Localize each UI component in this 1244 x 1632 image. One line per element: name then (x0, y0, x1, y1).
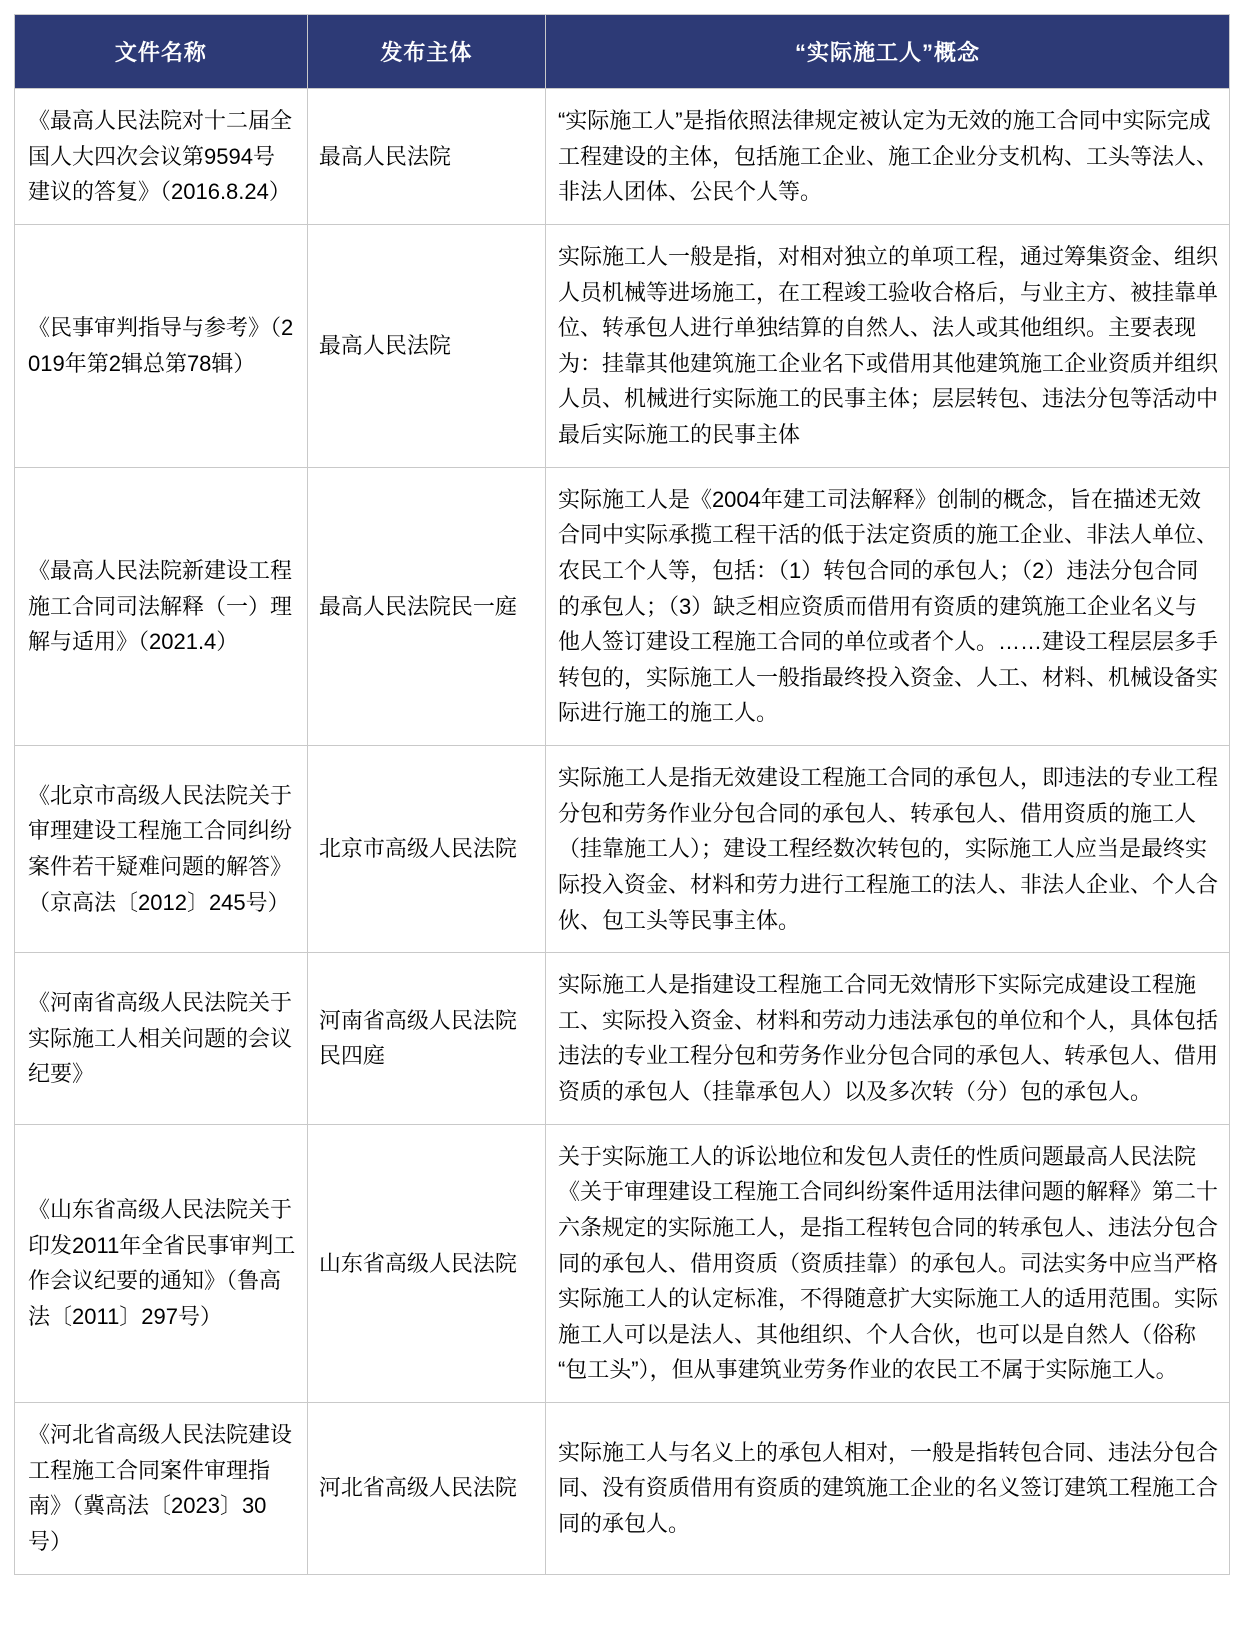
table-row: 《山东省高级人民法院关于印发2011年全省民事审判工作会议纪要的通知》（鲁高法〔… (15, 1124, 1230, 1402)
concepts-table: 文件名称 发布主体 “实际施工人”概念 《最高人民法院对十二届全国人大四次会议第… (14, 14, 1230, 1575)
column-header-document-name: 文件名称 (15, 15, 308, 89)
table-row: 《北京市高级人民法院关于审理建设工程施工合同纠纷案件若干疑难问题的解答》（京高法… (15, 746, 1230, 953)
concept-cell: “实际施工人”是指依照法律规定被认定为无效的施工合同中实际完成工程建设的主体，包… (545, 89, 1229, 225)
document-name-cell: 《最高人民法院对十二届全国人大四次会议第9594号建议的答复》（2016.8.2… (15, 89, 308, 225)
concept-cell: 实际施工人与名义上的承包人相对，一般是指转包合同、违法分包合同、没有资质借用有资… (545, 1403, 1229, 1575)
document-name-cell: 《河北省高级人民法院建设工程施工合同案件审理指南》（冀高法〔2023〕30号） (15, 1403, 308, 1575)
document-name-cell: 《北京市高级人民法院关于审理建设工程施工合同纠纷案件若干疑难问题的解答》（京高法… (15, 746, 308, 953)
header-row: 文件名称 发布主体 “实际施工人”概念 (15, 15, 1230, 89)
issuer-cell: 最高人民法院民一庭 (307, 467, 545, 745)
concept-cell: 实际施工人是指无效建设工程施工合同的承包人，即违法的专业工程分包和劳务作业分包合… (545, 746, 1229, 953)
column-header-concept: “实际施工人”概念 (545, 15, 1229, 89)
column-header-issuer: 发布主体 (307, 15, 545, 89)
concept-cell: 关于实际施工人的诉讼地位和发包人责任的性质问题最高人民法院《关于审理建设工程施工… (545, 1124, 1229, 1402)
issuer-cell: 河南省高级人民法院民四庭 (307, 953, 545, 1125)
document-name-cell: 《山东省高级人民法院关于印发2011年全省民事审判工作会议纪要的通知》（鲁高法〔… (15, 1124, 308, 1402)
document-name-cell: 《河南省高级人民法院关于实际施工人相关问题的会议纪要》 (15, 953, 308, 1125)
table-row: 《民事审判指导与参考》（2019年第2辑总第78辑）最高人民法院实际施工人一般是… (15, 224, 1230, 467)
table-row: 《最高人民法院对十二届全国人大四次会议第9594号建议的答复》（2016.8.2… (15, 89, 1230, 225)
table-row: 《河北省高级人民法院建设工程施工合同案件审理指南》（冀高法〔2023〕30号）河… (15, 1403, 1230, 1575)
table-body: 《最高人民法院对十二届全国人大四次会议第9594号建议的答复》（2016.8.2… (15, 89, 1230, 1575)
issuer-cell: 最高人民法院 (307, 224, 545, 467)
concept-cell: 实际施工人是指建设工程施工合同无效情形下实际完成建设工程施工、实际投入资金、材料… (545, 953, 1229, 1125)
issuer-cell: 北京市高级人民法院 (307, 746, 545, 953)
table-row: 《最高人民法院新建设工程施工合同司法解释（一）理解与适用》（2021.4）最高人… (15, 467, 1230, 745)
document-name-cell: 《民事审判指导与参考》（2019年第2辑总第78辑） (15, 224, 308, 467)
issuer-cell: 河北省高级人民法院 (307, 1403, 545, 1575)
issuer-cell: 最高人民法院 (307, 89, 545, 225)
table-header: 文件名称 发布主体 “实际施工人”概念 (15, 15, 1230, 89)
concept-cell: 实际施工人是《2004年建工司法解释》创制的概念，旨在描述无效合同中实际承揽工程… (545, 467, 1229, 745)
concept-cell: 实际施工人一般是指，对相对独立的单项工程，通过筹集资金、组织人员机械等进场施工，… (545, 224, 1229, 467)
issuer-cell: 山东省高级人民法院 (307, 1124, 545, 1402)
table-row: 《河南省高级人民法院关于实际施工人相关问题的会议纪要》河南省高级人民法院民四庭实… (15, 953, 1230, 1125)
document-name-cell: 《最高人民法院新建设工程施工合同司法解释（一）理解与适用》（2021.4） (15, 467, 308, 745)
